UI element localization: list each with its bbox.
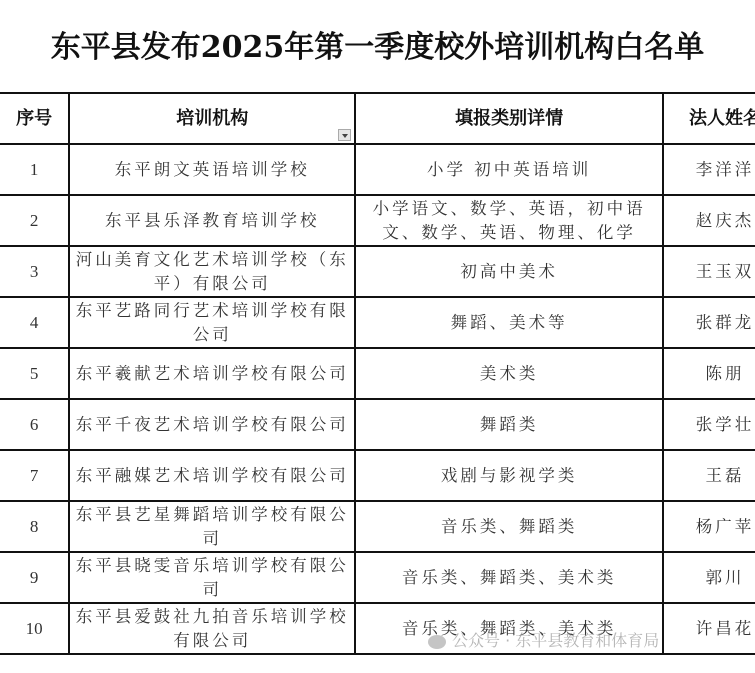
cell-legal-person: 李洋洋 <box>663 144 755 195</box>
cell-training-org: 东平羲献艺术培训学校有限公司 <box>69 348 355 399</box>
cell-training-org: 东平艺路同行艺术培训学校有限公司 <box>69 297 355 348</box>
table-row: 2 东平县乐泽教育培训学校 小学语文、数学、英语，初中语文、数学、英语、物理、化… <box>0 195 755 246</box>
cell-legal-person: 许昌花 <box>663 603 755 654</box>
whitelist-table: 序号 培训机构 填报类别详情 法人姓名 1 东平朗文英语培训学校 小学 初中英语… <box>0 92 755 655</box>
header-serial-no: 序号 <box>0 93 69 144</box>
cell-legal-person: 张学壮 <box>663 399 755 450</box>
cell-serial-no: 1 <box>0 144 69 195</box>
cell-training-org: 东平县晓雯音乐培训学校有限公司 <box>69 552 355 603</box>
cell-training-org: 东平千夜艺术培训学校有限公司 <box>69 399 355 450</box>
cell-category: 美术类 <box>355 348 663 399</box>
table-row: 3 河山美育文化艺术培训学校（东平）有限公司 初高中美术 王玉双 <box>0 246 755 297</box>
cell-training-org: 河山美育文化艺术培训学校（东平）有限公司 <box>69 246 355 297</box>
cell-category: 小学语文、数学、英语，初中语文、数学、英语、物理、化学 <box>355 195 663 246</box>
cell-training-org: 东平县乐泽教育培训学校 <box>69 195 355 246</box>
cell-serial-no: 7 <box>0 450 69 501</box>
table-row: 9 东平县晓雯音乐培训学校有限公司 音乐类、舞蹈类、美术类 郭川 <box>0 552 755 603</box>
table-row: 8 东平县艺星舞蹈培训学校有限公司 音乐类、舞蹈类 杨广苹 <box>0 501 755 552</box>
cell-category: 舞蹈、美术等 <box>355 297 663 348</box>
cell-legal-person: 赵庆杰 <box>663 195 755 246</box>
header-legal-person: 法人姓名 <box>663 93 755 144</box>
cell-training-org: 东平朗文英语培训学校 <box>69 144 355 195</box>
document-title: 东平县发布2025年第一季度校外培训机构白名单 <box>0 22 755 66</box>
cell-serial-no: 10 <box>0 603 69 654</box>
header-category-details: 填报类别详情 <box>355 93 663 144</box>
cell-training-org: 东平融媒艺术培训学校有限公司 <box>69 450 355 501</box>
cell-legal-person: 杨广苹 <box>663 501 755 552</box>
cell-training-org: 东平县爱鼓社九拍音乐培训学校有限公司 <box>69 603 355 654</box>
wechat-watermark: 公众号 · 东平县教育和体育局 <box>428 628 659 651</box>
table-row: 1 东平朗文英语培训学校 小学 初中英语培训 李洋洋 <box>0 144 755 195</box>
header-training-org: 培训机构 <box>69 93 355 144</box>
cell-legal-person: 郭川 <box>663 552 755 603</box>
cell-category: 音乐类、舞蹈类 <box>355 501 663 552</box>
cell-legal-person: 王玉双 <box>663 246 755 297</box>
cell-serial-no: 9 <box>0 552 69 603</box>
watermark-text: 公众号 · 东平县教育和体育局 <box>452 631 659 650</box>
header-training-org-label: 培训机构 <box>176 108 248 129</box>
cell-legal-person: 王磊 <box>663 450 755 501</box>
table-row: 5 东平羲献艺术培训学校有限公司 美术类 陈朋 <box>0 348 755 399</box>
cell-category: 音乐类、舞蹈类、美术类 <box>355 552 663 603</box>
table-row: 6 东平千夜艺术培训学校有限公司 舞蹈类 张学壮 <box>0 399 755 450</box>
cell-serial-no: 8 <box>0 501 69 552</box>
cell-legal-person: 陈朋 <box>663 348 755 399</box>
cell-serial-no: 4 <box>0 297 69 348</box>
dropdown-filter-icon[interactable] <box>338 129 351 141</box>
cell-category: 小学 初中英语培训 <box>355 144 663 195</box>
cell-category: 初高中美术 <box>355 246 663 297</box>
cell-serial-no: 2 <box>0 195 69 246</box>
cell-training-org: 东平县艺星舞蹈培训学校有限公司 <box>69 501 355 552</box>
cell-legal-person: 张群龙 <box>663 297 755 348</box>
cell-category: 戏剧与影视学类 <box>355 450 663 501</box>
table-row: 7 东平融媒艺术培训学校有限公司 戏剧与影视学类 王磊 <box>0 450 755 501</box>
cell-serial-no: 3 <box>0 246 69 297</box>
cell-serial-no: 5 <box>0 348 69 399</box>
cell-serial-no: 6 <box>0 399 69 450</box>
table-row: 4 东平艺路同行艺术培训学校有限公司 舞蹈、美术等 张群龙 <box>0 297 755 348</box>
table-header-row: 序号 培训机构 填报类别详情 法人姓名 <box>0 93 755 144</box>
cell-category: 舞蹈类 <box>355 399 663 450</box>
wechat-icon <box>428 635 446 649</box>
